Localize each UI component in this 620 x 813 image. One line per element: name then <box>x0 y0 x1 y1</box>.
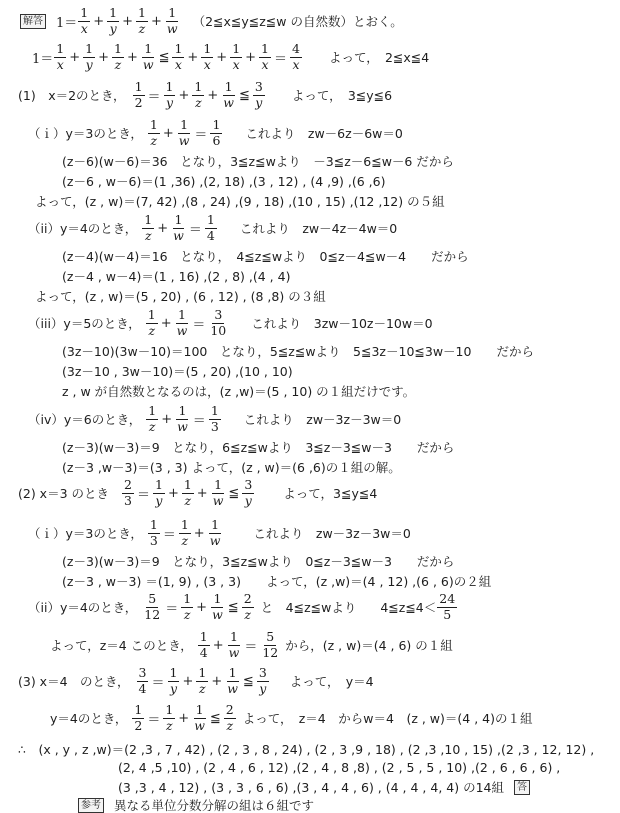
fraction: 1w <box>192 704 207 732</box>
case1-header: (1) x＝2のとき， 12＝ 1y+ 1z+ 1w≦ 3y よって， 3≦y≦… <box>18 80 392 110</box>
fraction: 1w <box>175 405 190 433</box>
case3-conclusion: よって， y＝4 <box>290 672 374 690</box>
case2-sub1-header: （ｉ）y＝3のとき， 13＝ 1z+ 1w これより zw－3z－3w＝0 <box>28 518 411 548</box>
fraction: 1z <box>196 667 208 695</box>
fraction: 3y <box>253 81 265 109</box>
fraction: 1w <box>165 7 180 35</box>
case2-sub2-line2: よって，z＝4 このとき， 14+ 1w＝ 512 から，(z , w)＝(4 … <box>50 630 453 660</box>
fraction: 1z <box>179 519 191 547</box>
sub-label: （iv）y＝6のとき， <box>28 410 141 428</box>
sub-post: から，(z , w)＝(4 , 6) の１組 <box>285 636 453 654</box>
case2-label: (2) x＝3 のとき <box>18 484 109 502</box>
sub-then: これより zw－3z－3w＝0 <box>253 524 410 542</box>
fraction: 1z <box>192 81 204 109</box>
fraction: 1y <box>107 7 119 35</box>
case2-header: (2) x＝3 のとき 23＝ 1y+ 1z+ 1w≦ 3y よって，3≦y≦4 <box>18 478 377 508</box>
summary-line2: (2, 4 ,5 ,10) , (2 , 4 , 6 , 12) ,(2 , 4… <box>118 760 560 775</box>
fraction: 1z <box>148 119 160 147</box>
fraction: 34 <box>137 667 149 695</box>
case2-sub1-line2: (z－3)(w－3)＝9 となり，3≦z≦wより 0≦z－3≦w－3 だから <box>62 552 454 570</box>
case1-sub3-line2: (3z－10)(3w－10)＝100 となり，5≦z≦wより 5≦3z－10≦3… <box>62 342 534 360</box>
intro-line: 解答 1＝ 1x+ 1y+ 1z+ 1w （2≦x≦y≦z≦w の自然数）とおく… <box>20 6 403 36</box>
bound-line: 1＝ 1x+ 1y+ 1z+ 1w≦ 1x+ 1x+ 1x+ 1x＝ 4x よっ… <box>32 42 429 72</box>
sub-pre: y＝4のとき， <box>50 709 127 727</box>
case2-sub1-line3: (z－3 , w－3) ＝(1, 9) , (3 , 3) よって，(z ,w)… <box>62 572 491 590</box>
fraction: 1x <box>259 43 271 71</box>
reference-line: 参考 異なる単位分数分解の組は６組です <box>78 796 314 813</box>
summary-line3: (3 ,3 , 4 , 12) , (3 , 3 , 6 , 6) ,(3 , … <box>118 778 504 796</box>
fraction: 245 <box>437 593 457 621</box>
fraction: 1x <box>201 43 213 71</box>
fraction: 1x <box>54 43 66 71</box>
bound-conclusion: よって， 2≦x≦4 <box>329 48 429 66</box>
case1-sub2-line4: よって，(z , w)＝(5 , 20) , (6 , 12) , (8 ,8)… <box>35 287 326 305</box>
case1-sub2-header: （ii）y＝4のとき， 1z+ 1w＝ 14 これより zw－4z－4w＝0 <box>28 213 397 243</box>
case1-sub3-line4: z , w が自然数となるのは，(z ,w)＝(5 , 10) の１組だけです。 <box>62 382 415 400</box>
fraction: 1x <box>78 7 90 35</box>
fraction: 1x <box>230 43 242 71</box>
fraction: 23 <box>122 479 134 507</box>
case2-conclusion: よって，3≦y≦4 <box>283 484 377 502</box>
summary-line3-row: (3 ,3 , 4 , 12) , (3 , 3 , 6 , 6) ,(3 , … <box>118 778 540 796</box>
fraction: 3y <box>242 479 254 507</box>
fraction: 1z <box>163 704 175 732</box>
sub-then: これより zw－3z－3w＝0 <box>244 410 401 428</box>
fraction: 1y <box>83 43 95 71</box>
case1-sub1-line3: (z－6 , w－6)＝(1 ,36) ,(2, 18) ,(3 , 12) ,… <box>62 172 386 190</box>
fraction: 1w <box>171 214 186 242</box>
sub-tail: 4≦z≦4＜ <box>380 598 436 616</box>
fraction: 13 <box>148 519 160 547</box>
fraction: 1w <box>225 667 240 695</box>
case1-label: (1) x＝2のとき， <box>18 86 126 104</box>
fraction: 12 <box>132 704 144 732</box>
fraction: 16 <box>210 119 222 147</box>
fraction: 512 <box>142 593 162 621</box>
case1-sub4-line3: (z－3 ,w－3)＝(3 , 3) よって，(z , w)＝(6 ,6)の１組… <box>62 458 401 476</box>
fraction: 14 <box>205 214 217 242</box>
case2-sub2-header: （ii）y＝4のとき， 512＝ 1z+ 1w≦ 2z と 4≦z≦wより 4≦… <box>28 592 458 622</box>
case3-line2: y＝4のとき， 12＝ 1z+ 1w≦ 2z よって， z＝4 からw＝4 (z… <box>50 703 532 733</box>
fraction: 1z <box>136 7 148 35</box>
fraction: 1w <box>141 43 156 71</box>
sub-then: これより zw－6z－6w＝0 <box>245 124 402 142</box>
fraction: 1w <box>227 631 242 659</box>
case1-sub3-line3: (3z－10 , 3w－10)＝(5 , 20) ,(10 , 10) <box>62 362 293 380</box>
fraction: 3y <box>257 667 269 695</box>
fraction: 12 <box>133 81 145 109</box>
fraction: 1y <box>168 667 180 695</box>
sub-label: （ii）y＝4のとき， <box>28 598 137 616</box>
case1-conclusion: よって， 3≦y≦6 <box>292 86 392 104</box>
end-mark: 答 <box>514 780 530 795</box>
sub-post: よって， z＝4 からw＝4 (z , w)＝(4 , 4)の１組 <box>243 709 533 727</box>
case1-sub1-line2: (z－6)(w－6)＝36 となり，3≦z≦wより －3≦z－6≦w－6 だから <box>62 152 454 170</box>
fraction: 2z <box>242 593 254 621</box>
summary-line1: ∴ (x , y , z ,w)＝(2 ,3 , 7 , 42) , (2 , … <box>18 740 594 758</box>
fraction: 1x <box>172 43 184 71</box>
fraction: 1z <box>181 593 193 621</box>
sub-label: （ii）y＝4のとき， <box>28 219 137 237</box>
reference-note: 異なる単位分数分解の組は６組です <box>114 796 314 813</box>
fraction: 310 <box>208 309 228 337</box>
sub-label: （iii）y＝5のとき， <box>28 314 141 332</box>
reference-label: 参考 <box>78 798 104 813</box>
sub-mid: と 4≦z≦wより <box>261 598 357 616</box>
fraction: 512 <box>260 631 280 659</box>
case1-sub2-line3: (z－4 , w－4)＝(1 , 16) ,(2 , 8) ,(4 , 4) <box>62 267 290 285</box>
fraction: 1w <box>208 519 223 547</box>
bound-lhs: 1＝ <box>32 48 53 67</box>
case3-header: (3) x＝4 のとき， 34＝ 1y+ 1z+ 1w≦ 3y よって， y＝4 <box>18 666 374 696</box>
fraction: 13 <box>209 405 221 433</box>
fraction: 1z <box>112 43 124 71</box>
case1-sub4-line2: (z－3)(w－3)＝9 となり，6≦z≦wより 3≦z－3≦w－3 だから <box>62 438 454 456</box>
fraction: 1z <box>142 214 154 242</box>
case3-label: (3) x＝4 のとき， <box>18 672 130 690</box>
sub-then: これより 3zw－10z－10w＝0 <box>251 314 432 332</box>
fraction: 1z <box>146 309 158 337</box>
fraction: 1y <box>164 81 176 109</box>
answer-label: 解答 <box>20 14 46 29</box>
case1-sub1-line4: よって，(z , w)＝(7, 42) ,(8 , 24) ,(9 , 18) … <box>35 192 445 210</box>
intro-lhs: 1＝ <box>56 12 77 31</box>
fraction: 2z <box>224 704 236 732</box>
fraction: 14 <box>198 631 210 659</box>
sub-pre: よって，z＝4 このとき， <box>50 636 193 654</box>
sub-label: （ｉ）y＝3のとき， <box>28 524 143 542</box>
sub-then: これより zw－4z－4w＝0 <box>240 219 397 237</box>
fraction: 1w <box>221 81 236 109</box>
fraction: 1y <box>153 479 165 507</box>
fraction: 1z <box>182 479 194 507</box>
fraction: 4x <box>290 43 302 71</box>
case1-sub2-line2: (z－4)(w－4)＝16 となり， 4≦z≦wより 0≦z－4≦w－4 だから <box>62 247 469 265</box>
case1-sub3-header: （iii）y＝5のとき， 1z+ 1w＝ 310 これより 3zw－10z－10… <box>28 308 433 338</box>
fraction: 1w <box>210 593 225 621</box>
fraction: 1z <box>146 405 158 433</box>
fraction: 1w <box>175 309 190 337</box>
sub-label: （ｉ）y＝3のとき， <box>28 124 143 142</box>
fraction: 1w <box>211 479 226 507</box>
case1-sub1-header: （ｉ）y＝3のとき， 1z+ 1w＝ 16 これより zw－6z－6w＝0 <box>28 118 403 148</box>
fraction: 1w <box>177 119 192 147</box>
intro-condition: （2≦x≦y≦z≦w の自然数）とおく。 <box>193 12 403 30</box>
case1-sub4-header: （iv）y＝6のとき， 1z+ 1w＝ 13 これより zw－3z－3w＝0 <box>28 404 401 434</box>
